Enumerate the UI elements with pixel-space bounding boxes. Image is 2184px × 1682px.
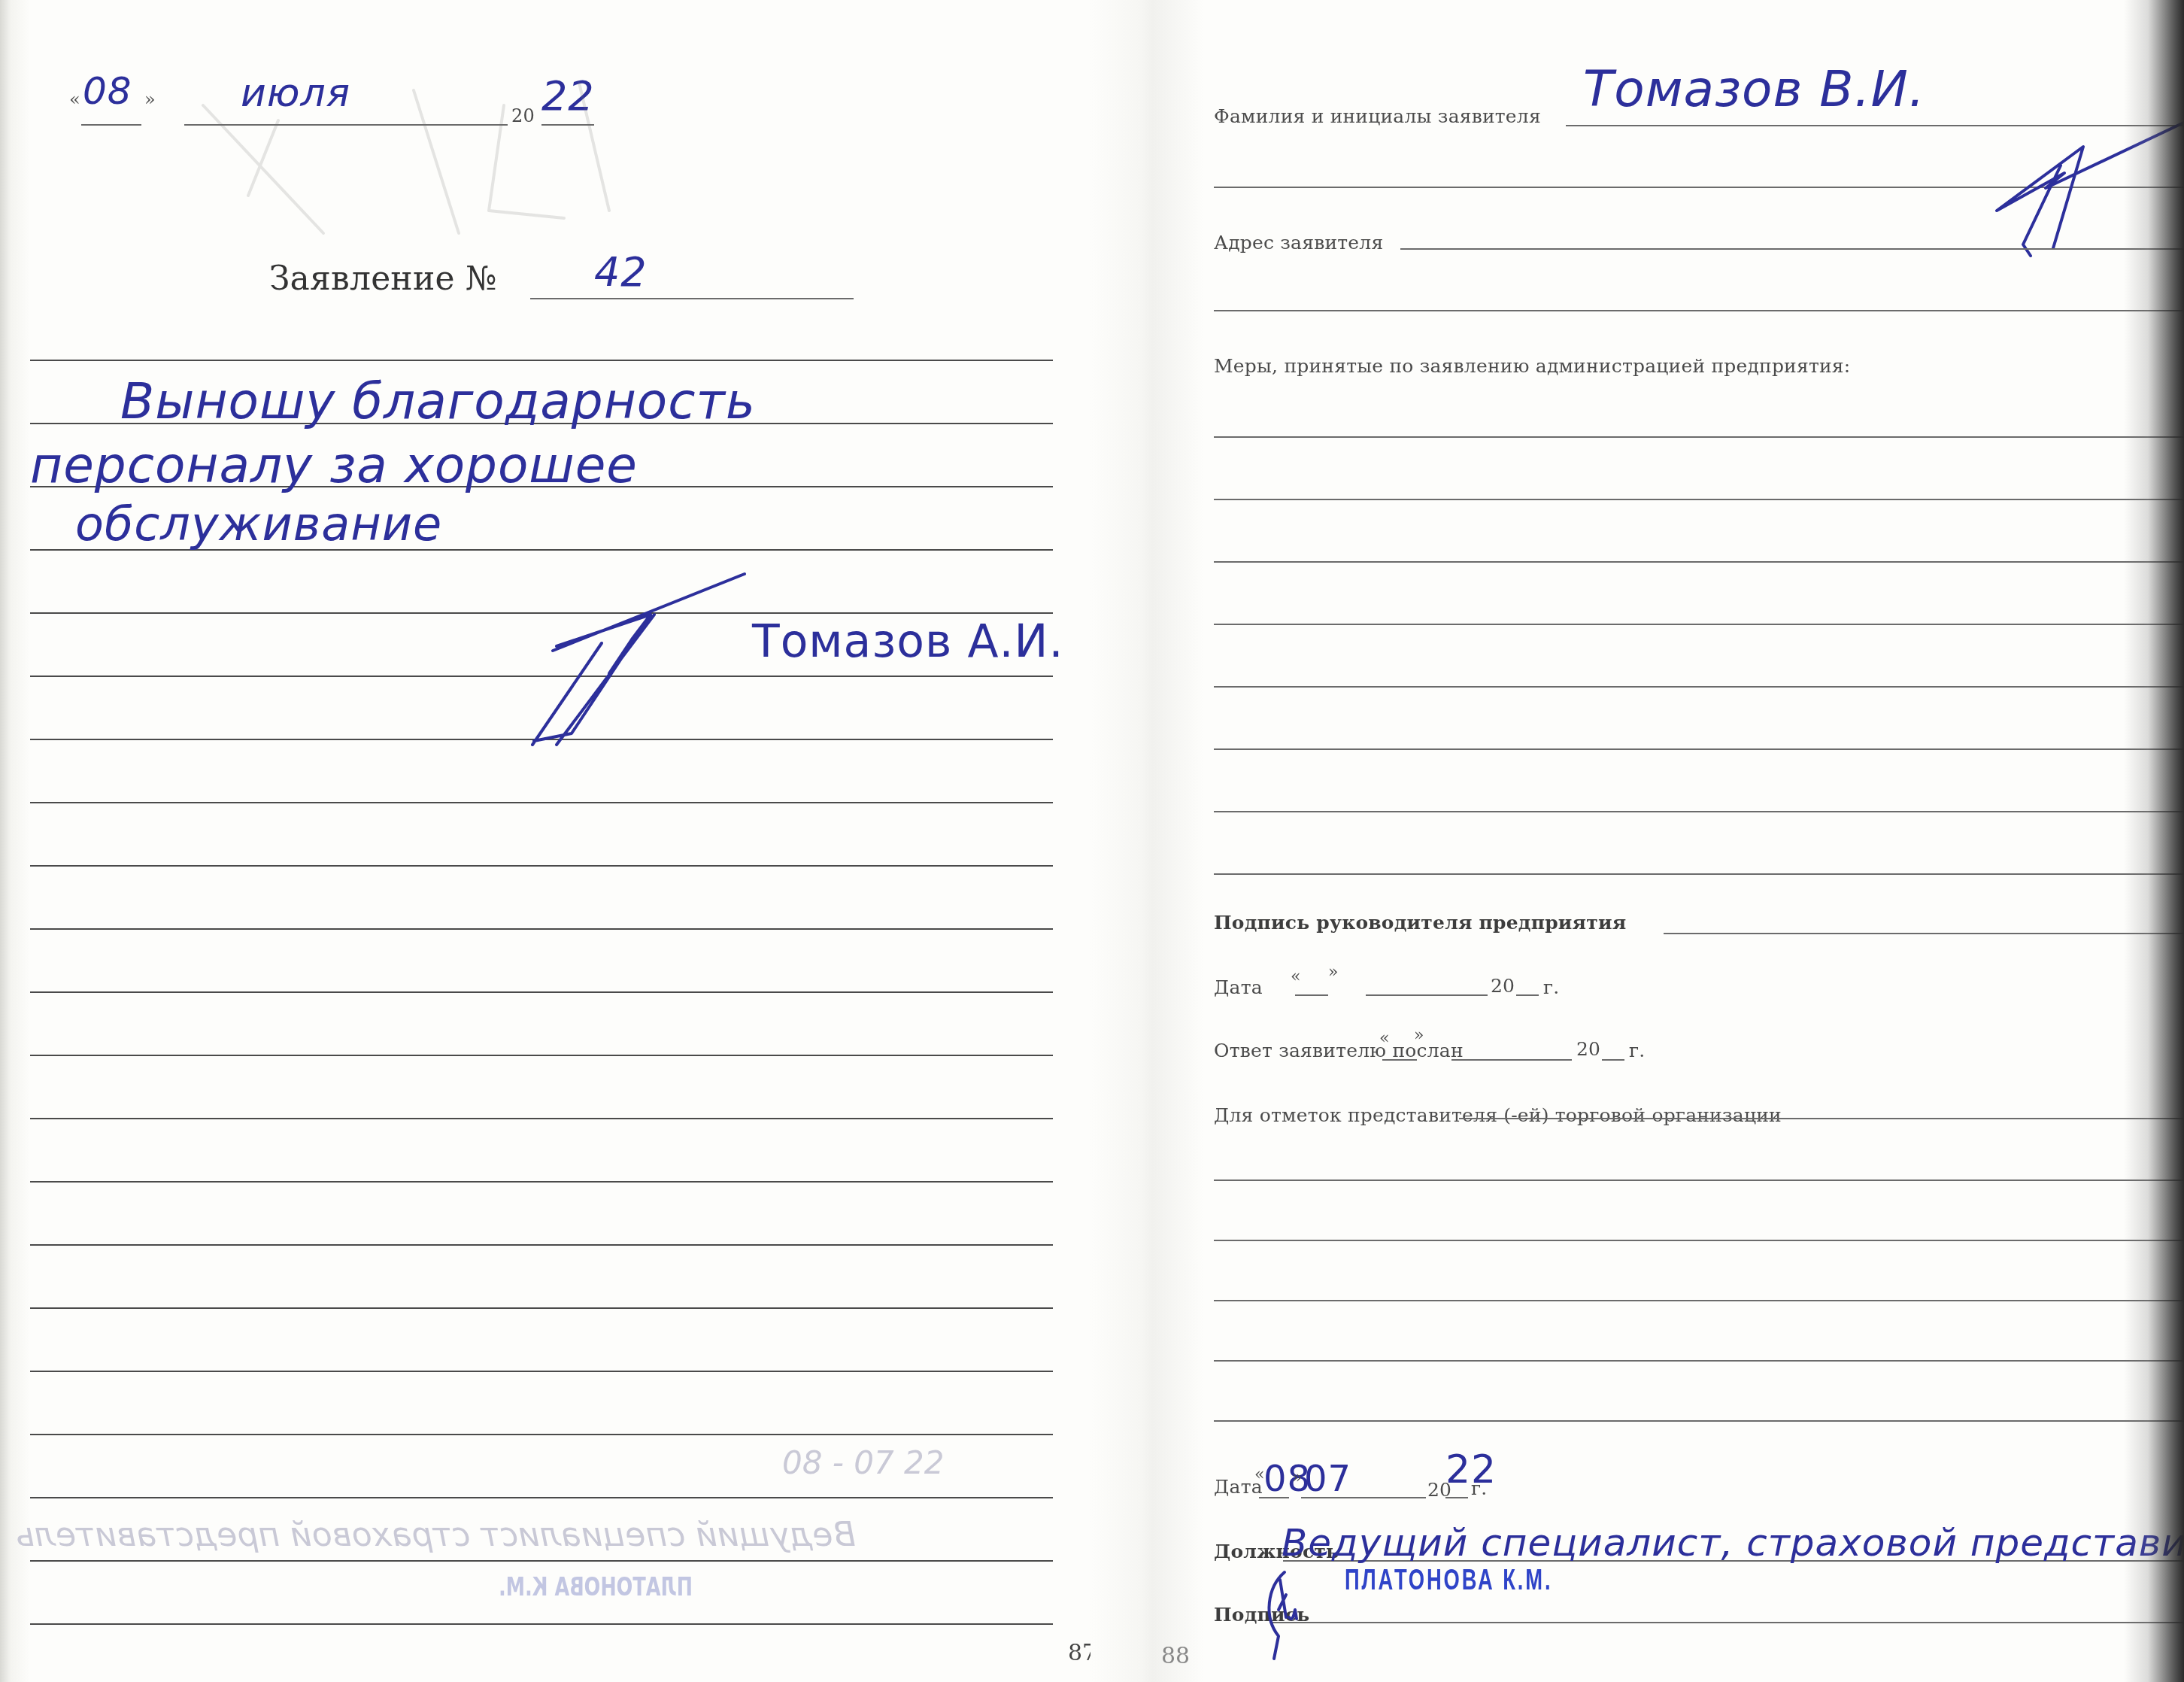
applicant-address-line[interactable] bbox=[1400, 248, 2184, 250]
page-edge-shadow bbox=[2124, 0, 2184, 1682]
body-line-2: персоналу за хорошее bbox=[30, 436, 638, 494]
applicant-name-label: Фамилия и инициалы заявителя bbox=[1214, 105, 1541, 127]
ruled-line bbox=[30, 1560, 1053, 1562]
ruled-line bbox=[1214, 1420, 2184, 1422]
measures-label: Меры, принятые по заявлению администраци… bbox=[1214, 355, 1850, 377]
reply-row-year-prefix: 20 bbox=[1576, 1038, 1600, 1060]
ruled-line bbox=[30, 1434, 1053, 1435]
ruled-line bbox=[30, 1055, 1053, 1056]
reply-row-close-quote: » bbox=[1414, 1026, 1424, 1045]
position-value: Ведущий специалист, страховой представит… bbox=[1282, 1521, 2184, 1565]
applicant-signature-name: Томазов А.И. bbox=[752, 615, 1064, 668]
ruled-line bbox=[1214, 748, 2184, 750]
ruled-line bbox=[30, 1244, 1053, 1246]
bleed-through-date: 08 - 07 22 bbox=[782, 1444, 945, 1481]
ruled-line bbox=[1214, 499, 2184, 500]
final-date-year-label: г. bbox=[1471, 1477, 1487, 1499]
trade-org-label: Для отметок представителя (-ей) торговой… bbox=[1214, 1104, 1782, 1126]
bleed-through-stamp: ПЛАТОНОВА К.М. bbox=[499, 1572, 693, 1602]
final-date-month-line bbox=[1301, 1497, 1426, 1498]
ruled-line bbox=[1214, 1240, 2184, 1241]
ruled-line bbox=[1214, 1180, 2184, 1181]
manager-signature-label: Подпись руководителя предприятия bbox=[1214, 912, 1626, 934]
page-number-right: 88 bbox=[1161, 1643, 1190, 1669]
right-page: Фамилия и инициалы заявителя Томазов В.И… bbox=[1203, 0, 2184, 1682]
name-stamp: ПЛАТОНОВА К.М. bbox=[1345, 1565, 1552, 1597]
ruled-line bbox=[30, 1497, 1053, 1498]
date-row-open-quote: « bbox=[1291, 967, 1301, 986]
ruled-line bbox=[30, 1181, 1053, 1183]
ruled-line bbox=[30, 802, 1053, 803]
left-page: « 08 » июля 20 22 Заявление № 42 Выношу … bbox=[0, 0, 1090, 1682]
ruled-line bbox=[1214, 436, 2184, 438]
book-gutter bbox=[1090, 0, 1203, 1682]
reply-row-day-field[interactable] bbox=[1382, 1059, 1417, 1061]
body-line-3: обслуживание bbox=[75, 496, 442, 551]
statement-number-line bbox=[530, 298, 854, 299]
date-row-year-label: г. bbox=[1543, 976, 1559, 998]
ruled-line bbox=[1214, 561, 2184, 563]
date-row-day-field[interactable] bbox=[1295, 994, 1328, 996]
applicant-signature-icon bbox=[526, 568, 775, 748]
reply-row-year-field[interactable] bbox=[1602, 1059, 1624, 1061]
bleed-through-scribble bbox=[188, 60, 639, 248]
ruled-line bbox=[30, 991, 1053, 993]
statement-number: 42 bbox=[594, 248, 648, 296]
ruled-line bbox=[1214, 1300, 2184, 1301]
manager-signature-line[interactable] bbox=[1664, 933, 2184, 934]
statement-label: Заявление № bbox=[269, 260, 497, 298]
ruled-line bbox=[1214, 624, 2184, 625]
ruled-line bbox=[1214, 686, 2184, 688]
date-day: 08 bbox=[83, 69, 132, 113]
trade-org-line[interactable] bbox=[1459, 1118, 2184, 1119]
date-row-month-field[interactable] bbox=[1366, 994, 1488, 996]
body-line-1: Выношу благодарность bbox=[120, 372, 756, 430]
ruled-line bbox=[30, 1118, 1053, 1119]
date-row-label: Дата bbox=[1214, 976, 1263, 998]
final-date-close-quote: » bbox=[1292, 1468, 1303, 1487]
final-date-day-line bbox=[1259, 1497, 1289, 1498]
ruled-line bbox=[1214, 811, 2184, 812]
reply-row-open-quote: « bbox=[1379, 1029, 1390, 1048]
ruled-line bbox=[30, 1623, 1053, 1625]
reply-row-year-label: г. bbox=[1629, 1040, 1645, 1061]
ruled-line bbox=[30, 1307, 1053, 1309]
reply-row-label: Ответ заявителю послан bbox=[1214, 1040, 1464, 1061]
signature-line bbox=[1269, 1622, 2184, 1623]
ruled-line bbox=[30, 865, 1053, 867]
ruled-line bbox=[30, 1371, 1053, 1372]
ruled-line bbox=[1214, 1360, 2184, 1362]
date-row-close-quote: » bbox=[1328, 963, 1339, 982]
applicant-address-label: Адрес заявителя bbox=[1214, 232, 1383, 254]
date-day-line bbox=[81, 124, 141, 126]
ruled-line bbox=[1214, 873, 2184, 875]
ruled-line bbox=[30, 360, 1053, 361]
bleed-through-position: Ведущий специалист страховой представите… bbox=[15, 1516, 856, 1554]
applicant-address-line-2[interactable] bbox=[1214, 310, 2184, 311]
representative-signature-icon bbox=[1263, 1565, 1309, 1662]
reply-row-month-field[interactable] bbox=[1451, 1059, 1572, 1061]
applicant-name-value: Томазов В.И. bbox=[1583, 60, 1925, 118]
final-date-month: 07 bbox=[1304, 1458, 1351, 1500]
ruled-line bbox=[30, 928, 1053, 930]
date-row-year-prefix: 20 bbox=[1491, 975, 1515, 997]
date-open-quote: « bbox=[69, 89, 80, 110]
date-row-year-field[interactable] bbox=[1516, 994, 1539, 996]
date-close-quote: » bbox=[144, 89, 156, 110]
final-date-year-line bbox=[1445, 1497, 1468, 1498]
